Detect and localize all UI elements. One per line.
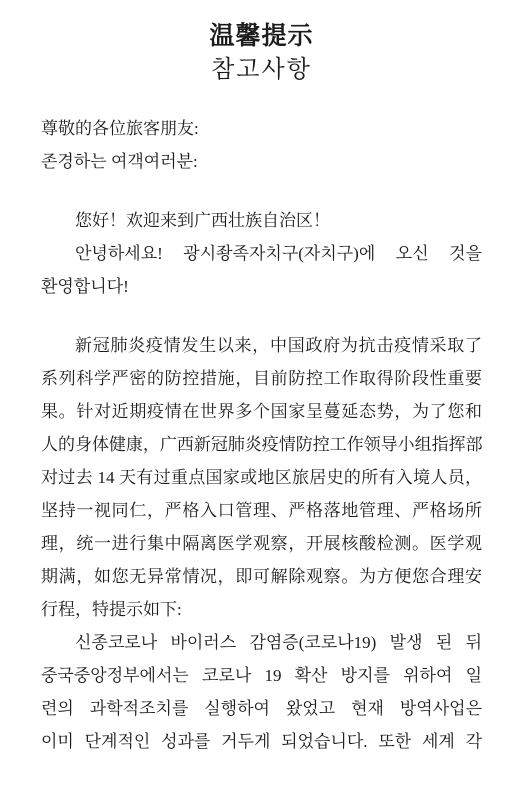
text-line-zh-para-1: 新冠肺炎疫情发生以来，中国政府为抗击疫情采取了一 xyxy=(41,329,482,362)
text-line-greeting-ko: 존경하는 여객여러분: xyxy=(41,145,482,178)
text-line-zh-para-9: 行程，特提示如下: xyxy=(41,593,482,626)
document-body: 尊敬的各位旅客朋友: 존경하는 여객여러분: 您好！欢迎来到广西壮族自治区！ 안… xyxy=(41,112,482,758)
document-title-zh: 温馨提示 xyxy=(41,20,482,54)
text-line-greeting-zh: 尊敬的各位旅客朋友: xyxy=(41,112,482,145)
document-page: 温馨提示 참고사항 尊敬的各位旅客朋友: 존경하는 여객여러분: 您好！欢迎来到… xyxy=(0,0,525,792)
text-line-zh-para-6: 坚持一视同仁，严格入口管理、严格落地管理、严格场所管 xyxy=(41,494,482,527)
text-line-welcome-zh: 您好！欢迎来到广西壮族自治区！ xyxy=(41,204,482,237)
text-line-welcome-ko-1: 안녕하세요! 광시좡족자치구(자치구)에 오신 것을 xyxy=(41,237,482,270)
text-line-zh-para-4: 人的身体健康，广西新冠肺炎疫情防控工作领导小组指挥部决定， xyxy=(41,428,482,461)
text-line-ko-para-3: 련의 과학적조치를 실행하여 왔었고 현재 방역사업은 xyxy=(41,692,482,725)
text-line-ko-para-4: 이미 단계적인 성과를 거두게 되었습니다. 또한 세계 각 xyxy=(41,725,482,758)
document-subtitle-ko: 참고사항 xyxy=(41,54,482,86)
text-line-zh-para-5: 对过去 14 天有过重点国家或地区旅居史的所有入境人员， xyxy=(41,461,482,494)
blank-line xyxy=(41,178,482,204)
blank-line xyxy=(41,303,482,329)
text-line-zh-para-2: 系列科学严密的防控措施，目前防控工作取得阶段性重要成 xyxy=(41,362,482,395)
text-line-zh-para-3: 果。针对近期疫情在世界多个国家呈蔓延态势，为了您和他 xyxy=(41,395,482,428)
text-line-zh-para-8: 期满，如您无异常情况，即可解除观察。为方便您合理安排 xyxy=(41,560,482,593)
text-line-ko-para-1: 신종코로나 바이러스 감염증(코로나19) 발생 된 뒤 xyxy=(41,626,482,659)
text-line-zh-para-7: 理，统一进行集中隔离医学观察，开展核酸检测。医学观察 xyxy=(41,527,482,560)
text-line-welcome-ko-2: 환영합니다! xyxy=(41,270,482,303)
text-line-ko-para-2: 중국중앙정부에서는 코로나 19 확산 방지를 위하여 일 xyxy=(41,659,482,692)
